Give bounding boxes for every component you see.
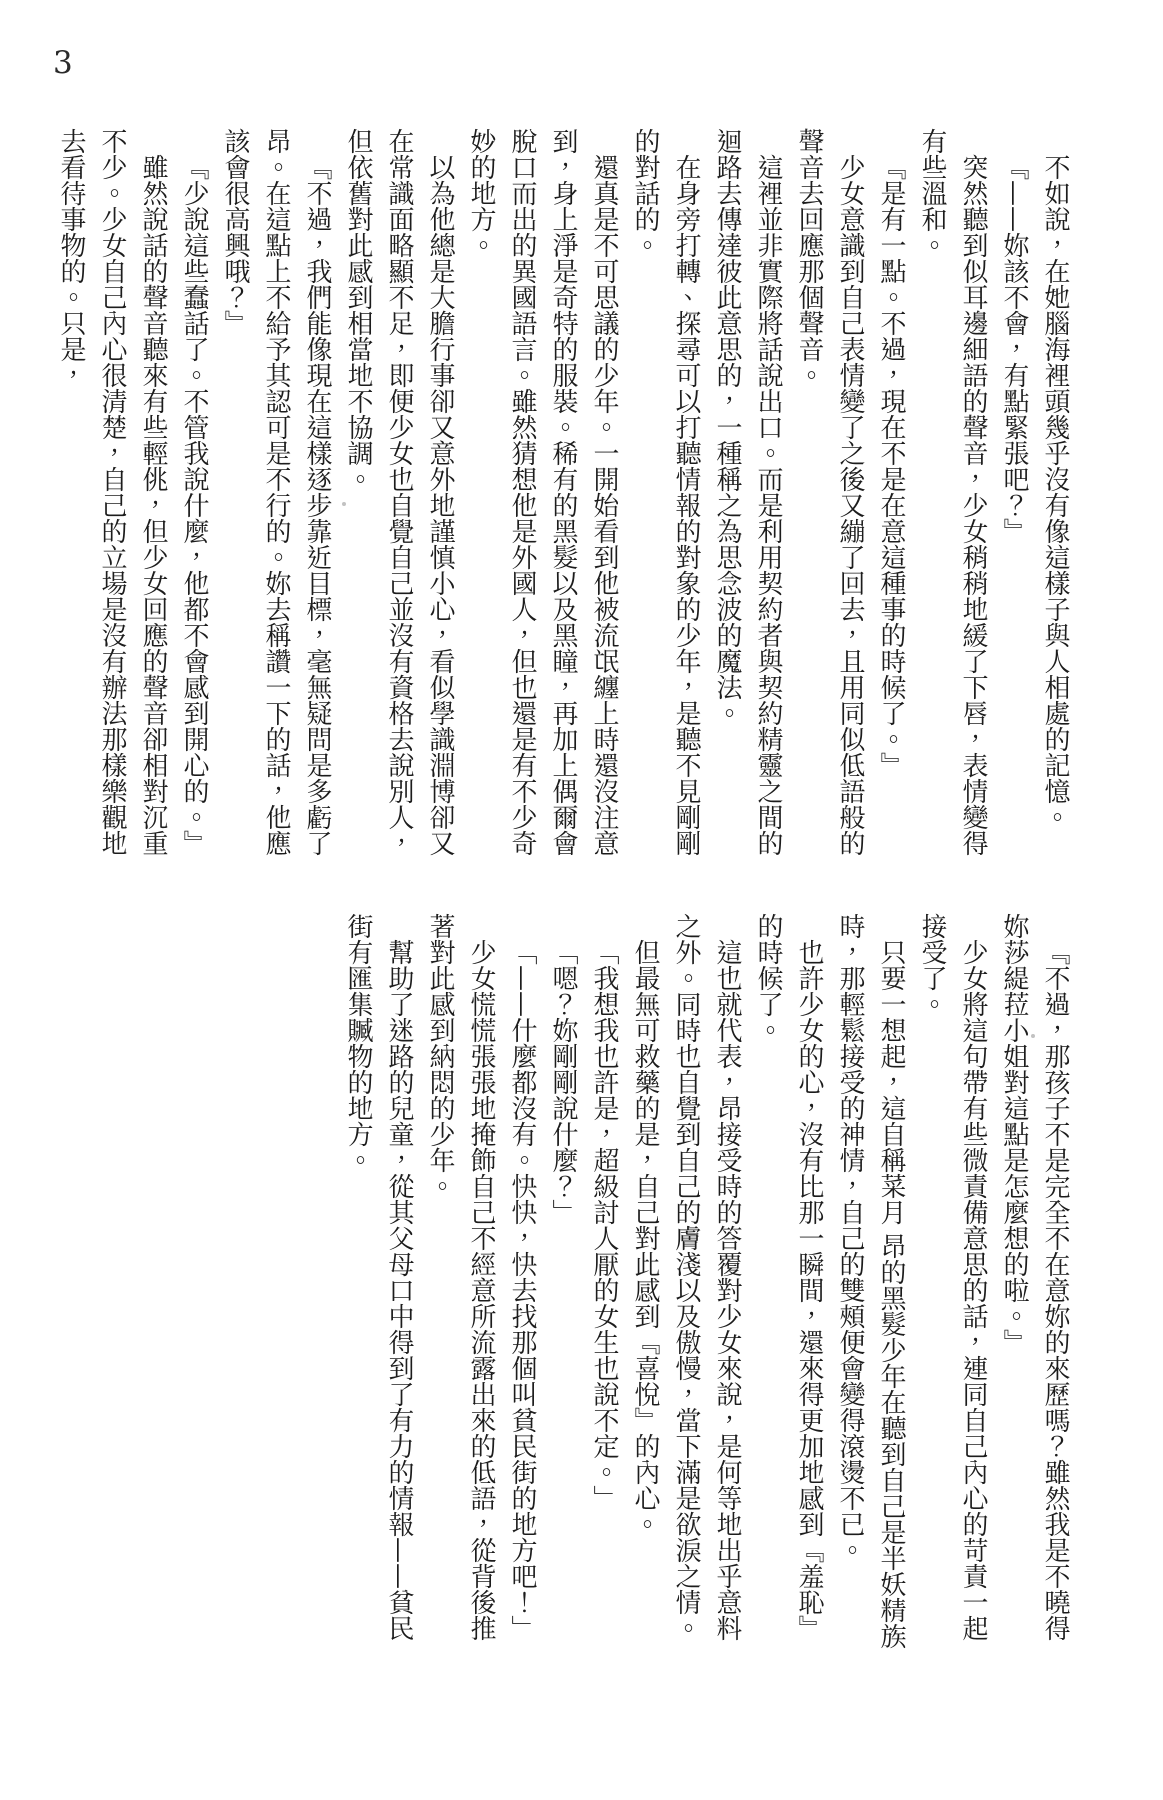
paragraph: 以為他總是大膽行事卻又意外地謹慎小心，看似學識淵博卻又在常識面略顯不足，即便少女… xyxy=(337,128,460,869)
paragraph: 「嗯？妳剛剛說什麼？」 xyxy=(542,913,583,1654)
paragraph: 還真是不可思議的少年。一開始看到他被流氓纏上時還沒注意到，身上淨是奇特的服裝。稀… xyxy=(460,128,624,869)
page-number: 3 xyxy=(53,48,73,79)
paragraph: 少女意識到自己表情變了之後又繃了回去，且用同似低語般的聲音去回應那個聲音。 xyxy=(788,128,870,869)
scan-speck xyxy=(1031,1034,1035,1038)
paragraph: 突然聽到似耳邊細語的聲音，少女稍稍地緩了下唇，表情變得有些溫和。 xyxy=(911,128,993,869)
paragraph: 『是有一點。不過，現在不是在意這種事的時候了。』 xyxy=(870,128,911,869)
paragraph: 幫助了迷路的兒童，從其父母口中得到了有力的情報——貧民街有匯集贓物的地方。 xyxy=(337,913,419,1654)
paragraph: 在身旁打轉、探尋可以打聽情報的對象的少年，是聽不見剛剛的對話的。 xyxy=(624,128,706,869)
paragraph: 但最無可救藥的是，自己對此感到『喜悅』的內心。 xyxy=(624,913,665,1654)
paragraph: 也許少女的心，沒有比那一瞬間，還來得更加地感到『羞恥』的時候了。 xyxy=(747,913,829,1654)
paragraph: 只要一想起，這自稱菜月 昂的黑髮少年在聽到自己是半妖精族時，那輕鬆接受的神情，自… xyxy=(829,913,911,1654)
book-page: 3 不如說，在她腦海裡頭幾乎沒有像這樣子與人相處的記憶。 『——妳該不會，有點緊… xyxy=(0,0,1163,1800)
paragraph: 少女慌慌張張地掩飾自己不經意所流露出來的低語，從背後推著對此感到納悶的少年。 xyxy=(419,913,501,1654)
paragraph: 這裡並非實際將話說出口。而是利用契約者與契約精靈之間的迴路去傳達彼此意思的，一種… xyxy=(706,128,788,869)
text-block-upper: 不如說，在她腦海裡頭幾乎沒有像這樣子與人相處的記憶。 『——妳該不會，有點緊張吧… xyxy=(50,128,1075,869)
paragraph: 這也就代表，昂接受時的答覆對少女來說，是何等地出乎意料之外。同時也自覺到自己的膚… xyxy=(665,913,747,1654)
paragraph: 「我想我也許是，超級討人厭的女生也說不定。」 xyxy=(583,913,624,1654)
paragraph: 不如說，在她腦海裡頭幾乎沒有像這樣子與人相處的記憶。 xyxy=(1034,128,1075,869)
paragraph: 雖然說話的聲音聽來有些輕佻，但少女回應的聲音卻相對沉重不少。少女自己內心很清楚，… xyxy=(50,128,173,869)
text-block-lower: 『不過，那孩子不是完全不在意妳的來歷嗎？雖然我是不曉得妳莎緹菈小姐對這點是怎麼想… xyxy=(337,913,1075,1654)
paragraph: 少女將這句帶有些微責備意思的話，連同自己內心的苛責一起接受了。 xyxy=(911,913,993,1654)
paragraph: 『少說這些蠢話了。不管我說什麼，他都不會感到開心的。』 xyxy=(173,128,214,869)
paragraph: 『——妳該不會，有點緊張吧？』 xyxy=(993,128,1034,869)
scan-speck xyxy=(342,502,346,506)
paragraph: 『不過，那孩子不是完全不在意妳的來歷嗎？雖然我是不曉得妳莎緹菈小姐對這點是怎麼想… xyxy=(993,913,1075,1654)
paragraph: 『不過，我們能像現在這樣逐步靠近目標，毫無疑問是多虧了昂。在這點上不給予其認可是… xyxy=(214,128,337,869)
paragraph: 「——什麼都沒有。快快，快去找那個叫貧民街的地方吧！」 xyxy=(501,913,542,1654)
